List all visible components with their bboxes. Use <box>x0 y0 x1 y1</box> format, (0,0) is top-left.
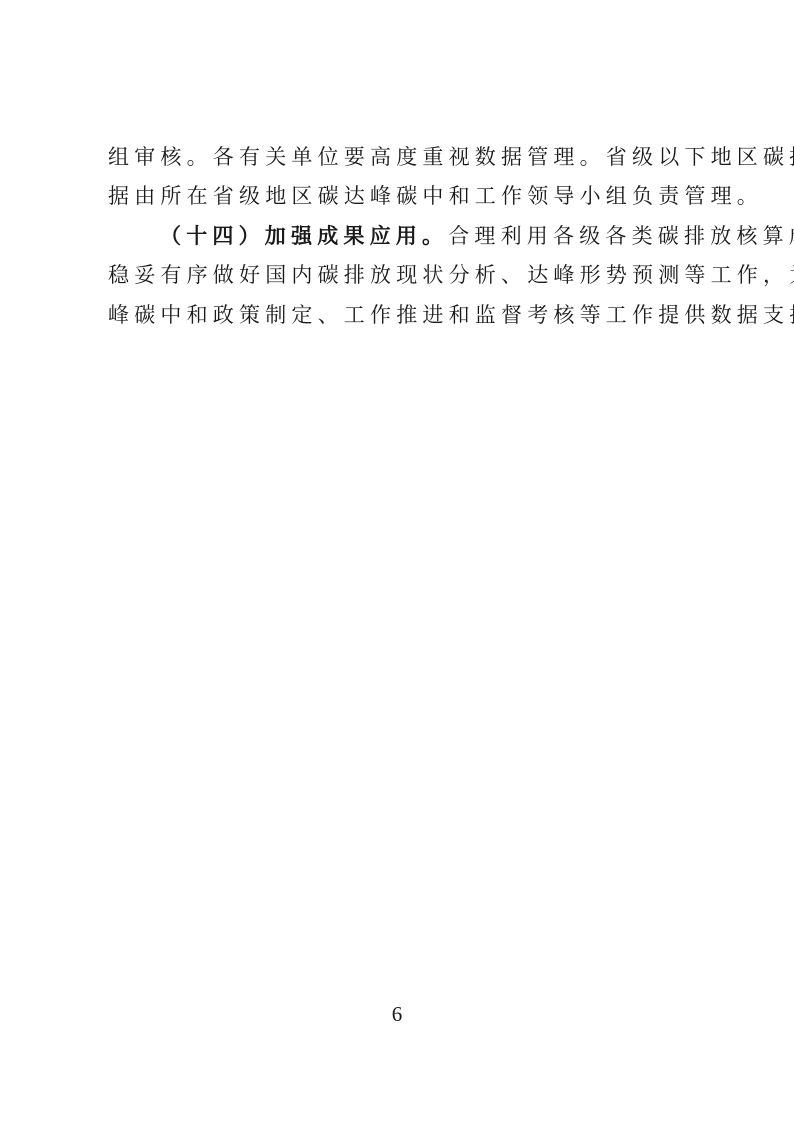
paragraph-data-management: 组审核。各有关单位要高度重视数据管理。省级以下地区碳排放数 据由所在省级地区碳达… <box>108 138 698 217</box>
paragraph-section-14: （十四）加强成果应用。合理利用各级各类碳排放核算成果， 稳妥有序做好国内碳排放现… <box>108 217 698 335</box>
text-line: 峰碳中和政策制定、工作推进和监督考核等工作提供数据支撑。 <box>108 296 698 335</box>
page-number: 6 <box>0 1002 794 1027</box>
section-heading: （十四）加强成果应用。 <box>160 224 448 248</box>
text-line: 据由所在省级地区碳达峰碳中和工作领导小组负责管理。 <box>108 177 698 216</box>
text-line: 稳妥有序做好国内碳排放现状分析、达峰形势预测等工作，为碳达 <box>108 256 698 295</box>
body-text: 组审核。各有关单位要高度重视数据管理。省级以下地区碳排放数 据由所在省级地区碳达… <box>108 138 698 335</box>
document-page: 组审核。各有关单位要高度重视数据管理。省级以下地区碳排放数 据由所在省级地区碳达… <box>0 0 794 1123</box>
text-line: （十四）加强成果应用。合理利用各级各类碳排放核算成果， <box>108 217 698 256</box>
text-span: 合理利用各级各类碳排放核算成果， <box>448 224 794 248</box>
text-line: 组审核。各有关单位要高度重视数据管理。省级以下地区碳排放数 <box>108 138 698 177</box>
